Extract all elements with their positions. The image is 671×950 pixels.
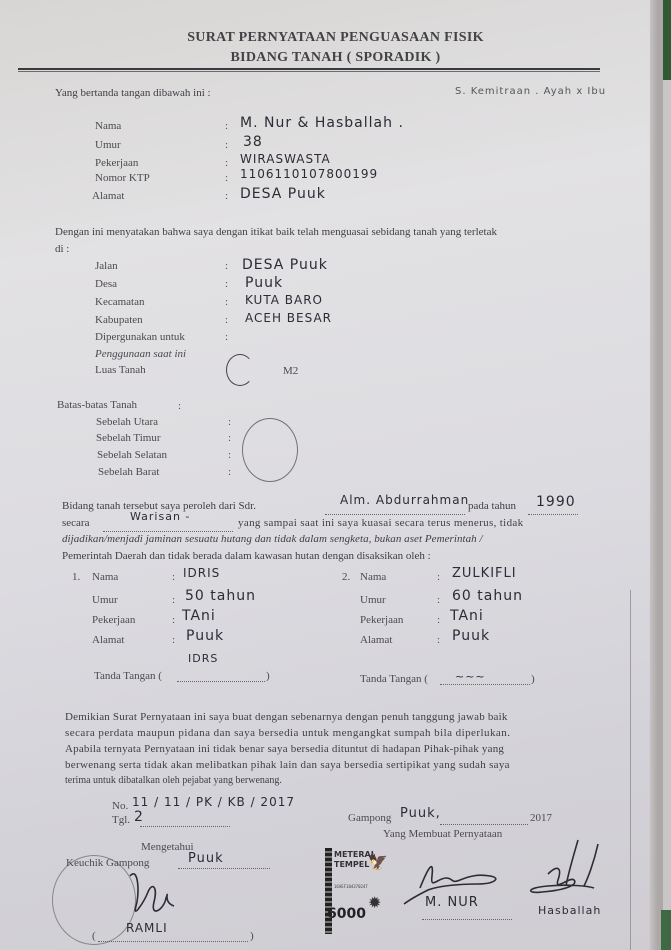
stamp-emblem-icon: ✹ <box>368 893 381 913</box>
colon: : <box>172 634 175 646</box>
declarant-id-number: 1106110107800199 <box>240 167 378 181</box>
dotted-line <box>440 820 528 825</box>
approval-paren-open: ( <box>92 930 96 942</box>
colon: : <box>437 634 440 646</box>
maker-signature-2 <box>518 834 608 904</box>
title-rule-thin <box>18 71 600 72</box>
colon: : <box>225 296 228 308</box>
dotted-line <box>140 822 230 827</box>
colon: : <box>225 120 228 132</box>
field-label: Alamat <box>92 190 124 202</box>
declarant-name: M. Nur & Hasballah . <box>240 115 404 131</box>
witness-occupation: TAni <box>450 608 484 624</box>
colon: : <box>225 260 228 272</box>
closing-line: terima untuk dibatalkan oleh pejabat yan… <box>65 775 282 786</box>
dotted-line <box>325 508 465 515</box>
field-label: Luas Tanah <box>95 364 146 376</box>
witness-age: 50 tahun <box>185 588 256 604</box>
dotted-line <box>98 937 248 942</box>
maker-name-2: Hasballah <box>538 904 601 917</box>
colon: : <box>225 331 228 343</box>
field-label: Umur <box>95 139 121 151</box>
dotted-line <box>422 915 512 920</box>
place-label: Gampong <box>348 812 391 824</box>
margin-note: S. Kemitraan . Ayah x Ibu <box>455 86 606 97</box>
approval-name: RAMLI <box>126 921 168 935</box>
approval-label: Mengetahui <box>141 841 194 853</box>
acquisition-method: Warisan - <box>130 510 190 523</box>
signature-close: ) <box>531 673 535 685</box>
signature-close: ) <box>266 670 270 682</box>
dotted-line <box>103 525 233 532</box>
colon: : <box>172 571 175 583</box>
colon: : <box>225 190 228 202</box>
colon: : <box>172 594 175 606</box>
field-label: Umur <box>360 594 386 606</box>
land-area-unit: M2 <box>283 365 298 377</box>
boundary-label: Sebelah Selatan <box>97 449 167 461</box>
closing-line: berwenang serta tidak akan melibatkan pi… <box>65 759 510 771</box>
field-label: Nama <box>95 120 121 132</box>
field-label: Alamat <box>92 634 124 646</box>
fold-line <box>630 590 631 950</box>
signature-label: Tanda Tangan ( <box>94 670 162 682</box>
witness-name: ZULKIFLI <box>452 566 517 581</box>
signature-line <box>177 677 265 682</box>
witness-name: IDRIS <box>183 566 220 580</box>
location-street: DESA Puuk <box>242 257 328 273</box>
handwritten-circle <box>242 418 298 482</box>
boundaries-heading: Batas-batas Tanah <box>57 399 137 411</box>
stamp-duty-serial: 16AEF104370247 <box>334 884 368 889</box>
colon: : <box>228 449 231 461</box>
intro-text: Yang bertanda tangan dibawah ini : <box>55 87 211 99</box>
place-year: 2017 <box>530 812 552 824</box>
witness-signature: ~~~ <box>455 670 486 683</box>
witness-address: Puuk <box>186 628 224 644</box>
colon: : <box>225 172 228 184</box>
field-label: Pekerjaan <box>92 614 135 626</box>
registration-date-label: Tgl. <box>112 814 130 826</box>
colon: : <box>228 466 231 478</box>
field-label: Kabupaten <box>95 314 143 326</box>
approval-paren-close: ) <box>250 930 254 942</box>
witness-signature: IDRS <box>188 652 218 665</box>
colon: : <box>225 157 228 169</box>
location-district: KUTA BARO <box>245 293 323 307</box>
field-label: Alamat <box>360 634 392 646</box>
field-label: Pekerjaan <box>95 157 138 169</box>
statement-intro-2: di : <box>55 243 69 255</box>
approval-gampong: Puuk <box>188 851 224 866</box>
stamp-duty: METERAI TEMPEL 16AEF104370247 6000 <box>325 848 369 934</box>
signature-label: Tanda Tangan ( <box>360 673 428 685</box>
field-label: Jalan <box>95 260 118 272</box>
registration-date: 2 <box>134 809 144 825</box>
witness-number: 1. <box>72 571 80 583</box>
boundary-label: Sebelah Utara <box>96 416 158 428</box>
boundary-label: Sebelah Timur <box>96 432 160 444</box>
document-title-line2: BIDANG TANAH ( SPORADIK ) <box>0 50 671 66</box>
title-rule <box>18 68 600 70</box>
witness-age: 60 tahun <box>452 588 523 604</box>
witness-number: 2. <box>342 571 350 583</box>
stamp-duty-line2: TEMPEL <box>334 860 369 869</box>
acquired-from: Alm. Abdurrahman <box>340 493 469 507</box>
handwritten-circle <box>226 354 254 386</box>
field-label: Kecamatan <box>95 296 144 308</box>
colon: : <box>437 614 440 626</box>
colon: : <box>225 139 228 151</box>
maker-label: Yang Membuat Pernyataan <box>383 828 502 840</box>
colon: : <box>172 614 175 626</box>
field-label: Umur <box>92 594 118 606</box>
background-edge-bottom <box>661 910 671 950</box>
location-village: Puuk <box>245 275 283 291</box>
colon: : <box>225 314 228 326</box>
colon: : <box>178 400 181 412</box>
acquisition-line4: Pemerintah Daerah dan tidak berada dalam… <box>62 550 431 562</box>
closing-line: secara perdata maupun pidana dan saya be… <box>65 727 510 739</box>
stamp-duty-amount: 6000 <box>327 906 366 922</box>
colon: : <box>437 594 440 606</box>
place-value: Puuk, <box>400 806 441 821</box>
location-regency: ACEH BESAR <box>245 311 332 325</box>
declarant-address: DESA Puuk <box>240 186 326 202</box>
maker-name-1: M. NUR <box>425 895 479 910</box>
acquisition-text-c: secara <box>62 517 89 529</box>
acquisition-text-d: yang sampai saat ini saya kuasai secara … <box>238 517 524 529</box>
boundary-label: Sebelah Barat <box>98 466 159 478</box>
acquisition-line3: dijadikan/menjadi jaminan sesuatu hutang… <box>62 533 483 545</box>
document-title-line1: SURAT PERNYATAAN PENGUASAAN FISIK <box>0 30 671 46</box>
field-label: Nama <box>92 571 118 583</box>
field-label: Desa <box>95 278 117 290</box>
field-label: Dipergunakan untuk <box>95 331 185 343</box>
colon: : <box>225 278 228 290</box>
acquisition-text-b: pada tahun <box>468 500 516 512</box>
colon: : <box>228 416 231 428</box>
witness-address: Puuk <box>452 628 490 644</box>
closing-line: Demikian Surat Pernyataan ini saya buat … <box>65 711 508 723</box>
declarant-age: 38 <box>243 134 263 150</box>
field-label: Penggunaan saat ini <box>95 348 186 360</box>
field-label: Pekerjaan <box>360 614 403 626</box>
field-label: Nama <box>360 571 386 583</box>
closing-line: Apabila ternyata Pernyataan ini tidak be… <box>65 743 504 755</box>
colon: : <box>437 571 440 583</box>
acquisition-year: 1990 <box>536 494 576 510</box>
statement-intro: Dengan ini menyatakan bahwa saya dengan … <box>55 226 497 238</box>
registration-number: 11 / 11 / PK / KB / 2017 <box>132 795 295 809</box>
witness-occupation: TAni <box>182 608 216 624</box>
garuda-emblem-icon: 🦅 <box>368 852 388 872</box>
colon: : <box>228 432 231 444</box>
registration-no-label: No. <box>112 800 128 812</box>
declarant-occupation: WIRASWASTA <box>240 152 331 166</box>
paper-edge-shadow <box>649 0 663 950</box>
field-label: Nomor KTP <box>95 172 150 184</box>
